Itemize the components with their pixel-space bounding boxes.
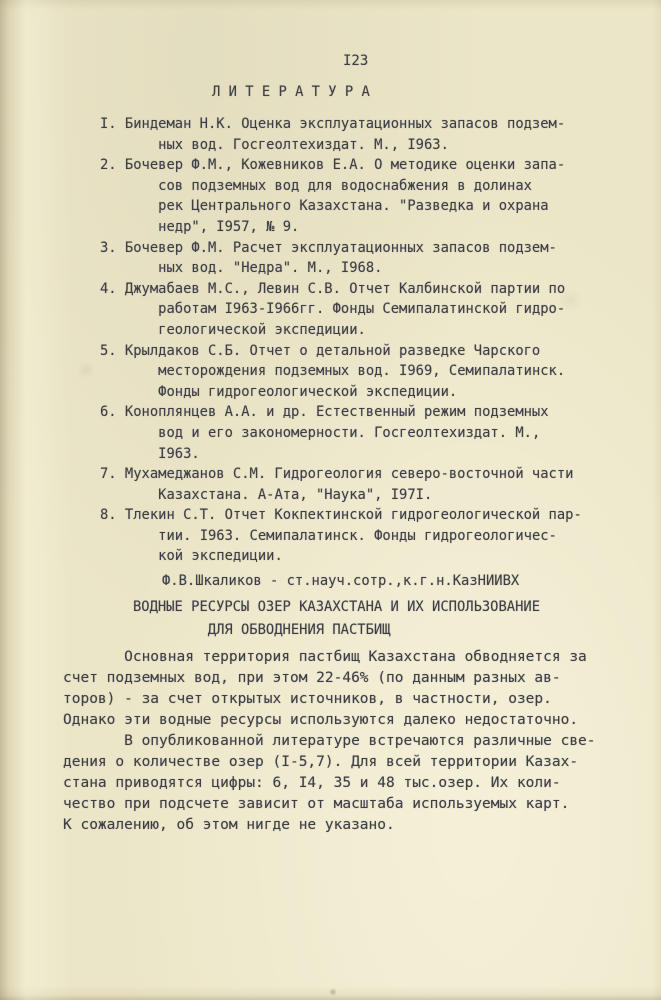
article-paragraph-2: В опубликованной литературе встречаются … xyxy=(63,731,608,836)
article-title: ВОДНЫЕ РЕСУРСЫ ОЗЕР КАЗАХСТАНА И ИХ ИСПО… xyxy=(133,596,603,642)
bibliography-entry-6: 6. Коноплянцев А.А. и др. Естественный р… xyxy=(100,402,600,464)
bibliography-entry-4: 4. Джумабаев М.С., Левин С.В. Отчет Калб… xyxy=(100,279,600,341)
bibliography-entry-5: 5. Крылдаков С.Б. Отчет о детальной разв… xyxy=(100,341,600,403)
article-body: Основная территория пастбищ Казахстана о… xyxy=(63,647,608,836)
article-author-line: Ф.В.Шкаликов - ст.науч.сотр.,к.г.н.КазНИ… xyxy=(162,571,519,592)
bibliography-entry-7: 7. Мухамеджанов С.М. Гидрогеология север… xyxy=(100,464,600,505)
scanned-document-page: I23 Л И Т Е Р А Т У Р А I. Биндеман Н.К.… xyxy=(0,0,661,1000)
bibliography-entry-1: I. Биндеман Н.К. Оценка эксплуатационных… xyxy=(100,114,600,155)
bibliography-entry-8: 8. Тлекин С.Т. Отчет Кокпектинской гидро… xyxy=(100,505,600,567)
bibliography-list: I. Биндеман Н.К. Оценка эксплуатационных… xyxy=(100,114,600,567)
page-number: I23 xyxy=(343,51,368,71)
bibliography-entry-3: 3. Бочевер Ф.М. Расчет эксплуатационных … xyxy=(100,238,600,279)
bibliography-entry-2: 2. Бочевер Ф.М., Кожевников Е.А. О метод… xyxy=(100,155,600,237)
literature-heading: Л И Т Е Р А Т У Р А xyxy=(212,82,370,103)
article-paragraph-1: Основная территория пастбищ Казахстана о… xyxy=(63,647,608,731)
